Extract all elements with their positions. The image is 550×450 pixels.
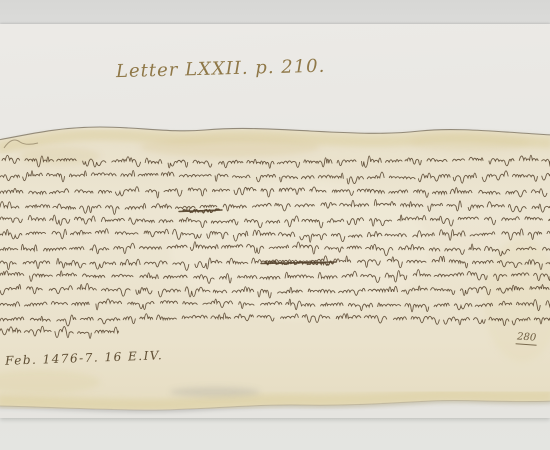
folio-number: 280 bbox=[516, 331, 538, 345]
manuscript-photo: Letter LXXII. p. 210. bbox=[0, 0, 550, 450]
parchment-artwork bbox=[0, 0, 550, 450]
